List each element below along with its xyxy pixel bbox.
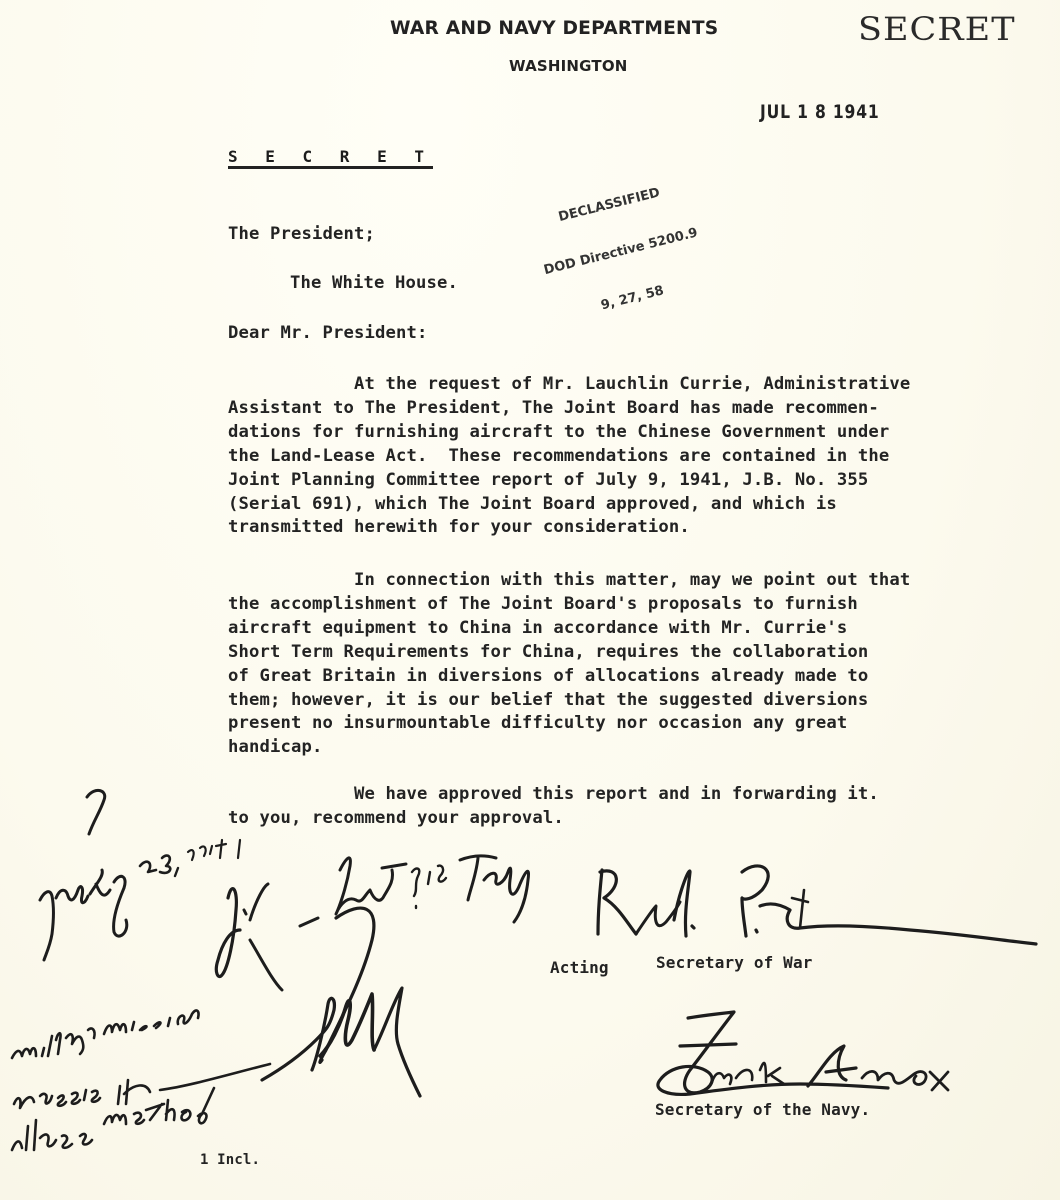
body-line: Joint Planning Committee report of July … [228,470,868,490]
handwritten-note [12,1011,270,1150]
salutation: Dear Mr. President: [228,323,427,343]
classification-caption: S E C R E T [228,147,433,169]
body-line: the accomplishment of The Joint Board's … [228,594,858,614]
recipient: The President; [228,224,375,244]
letterhead-title: WAR AND NAVY DEPARTMENTS [390,17,718,39]
signature-1-prefix: Acting [550,958,609,977]
body-line: Short Term Requirements for China, requi… [228,642,868,662]
patterson-signature [598,866,1036,944]
knox-signature [658,1012,948,1094]
body-line: In connection with this matter, may we p… [228,570,910,590]
body-line: We have approved this report and in forw… [228,784,879,804]
recipient-location: The White House. [290,273,458,293]
declassified-stamp-line: DOD Directive 5200.9 [542,225,699,279]
body-line: Assistant to The President, The Joint Bo… [228,398,879,418]
classification-stamp: SECRET [858,12,1016,49]
body-line: present no insurmountable difficulty nor… [228,713,847,733]
signature-2-title: Secretary of the Navy. [655,1100,870,1119]
body-line: dations for furnishing aircraft to the C… [228,422,889,442]
letter-page: WAR AND NAVY DEPARTMENTS WASHINGTON SECR… [0,0,1060,1200]
fdr-initials-signature [262,908,420,1096]
handwritten-date [40,840,240,960]
body-line: to you, recommend your approval. [228,808,564,828]
body-line: them; however, it is our belief that the… [228,690,868,710]
declassified-stamp-line: DECLASSIFIED [531,179,688,233]
body-line: transmitted herewith for your considerat… [228,517,690,537]
signature-1-title: Secretary of War [656,953,813,972]
enclosure-note: 1 Incl. [200,1152,260,1168]
handwritten-mark [87,790,105,834]
body-line: (Serial 691), which The Joint Board appr… [228,494,837,514]
body-line: aircraft equipment to China in accordanc… [228,618,847,638]
body-line: At the request of Mr. Lauchlin Currie, A… [228,374,910,394]
letterhead-city: WASHINGTON [509,57,628,75]
date-stamp: JUL 1 8 1941 [760,101,880,123]
declassified-stamp: DECLASSIFIED DOD Directive 5200.9 9, 27,… [523,148,719,357]
declassified-stamp-line: 9, 27, 58 [554,272,711,326]
body-line: the Land-Lease Act. These recommendation… [228,446,889,466]
body-line: of Great Britain in diversions of alloca… [228,666,868,686]
body-line: handicap. [228,737,322,757]
handwritten-approval [216,856,528,990]
